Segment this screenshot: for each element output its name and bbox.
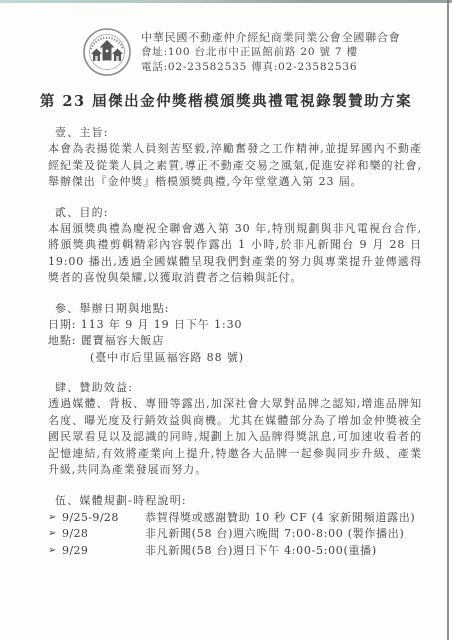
- media-item-date: 9/25-9/28: [62, 510, 145, 527]
- section-purpose-heading: 壹、主旨:: [48, 124, 422, 141]
- section-purpose: 壹、主旨: 本會為表揚從業人員刻苦堅毅,淬勵奮發之工作精神,並提昇國內不動產經紀…: [48, 124, 422, 191]
- scan-edge-right: [447, 0, 449, 640]
- document-page: 中華民國不動產仲介經紀商業同業公會全國聯合會 會址:100 台北市中正區館前路 …: [0, 0, 452, 640]
- org-contact-block: 中華民國不動產仲介經紀商業同業公會全國聯合會 會址:100 台北市中正區館前路 …: [141, 27, 401, 75]
- section-benefits-text: 透過媒體、背板、專冊等露出,加深社會大眾對品牌之認知,增進品牌知名度、曝光度及行…: [48, 396, 422, 479]
- media-schedule-item: ➢ 9/29 非凡新聞(58 台)週日下午 4:00-5:00(重播): [48, 543, 422, 560]
- arrow-bullet-icon: ➢: [48, 510, 62, 527]
- section-objective-heading: 貳、目的:: [48, 204, 422, 221]
- section-media-plan-heading: 伍、媒體規劃-時程說明:: [48, 492, 422, 509]
- event-date-line: 日期: 113 年 9 月 19 日下午 1:30: [48, 317, 422, 334]
- event-venue-line: 地點: 麗寶福容大飯店: [48, 333, 422, 350]
- media-item-date: 9/28: [62, 526, 145, 543]
- section-purpose-text: 本會為表揚從業人員刻苦堅毅,淬勵奮發之工作精神,並提昇國內不動產經紀業及從業人員…: [48, 141, 422, 191]
- section-objective-text: 本屆頒獎典禮為慶祝全聯會邁入第 30 年,特別規劃與非凡電視台合作,將頒獎典禮剪…: [48, 221, 422, 287]
- document-body: 壹、主旨: 本會為表揚從業人員刻苦堅毅,淬勵奮發之工作精神,並提昇國內不動產經紀…: [0, 124, 452, 559]
- org-phone: 電話:02-23582535 傳真:02-23582536: [141, 60, 401, 75]
- media-schedule-item: ➢ 9/25-9/28 恭賀得獎或感謝贊助 10 秒 CF (4 家新聞頻道露出…: [48, 510, 422, 527]
- document-header: 中華民國不動產仲介經紀商業同業公會全國聯合會 會址:100 台北市中正區館前路 …: [0, 0, 452, 77]
- section-event: 參、舉辦日期與地點: 日期: 113 年 9 月 19 日下午 1:30 地點:…: [48, 300, 422, 367]
- org-name: 中華民國不動產仲介經紀商業同業公會全國聯合會: [141, 30, 401, 45]
- section-media-plan: 伍、媒體規劃-時程說明: ➢ 9/25-9/28 恭賀得獎或感謝贊助 10 秒 …: [48, 492, 422, 560]
- media-item-desc: 非凡新聞(58 台)週日下午 4:00-5:00(重播): [145, 543, 422, 560]
- media-schedule-list: ➢ 9/25-9/28 恭賀得獎或感謝贊助 10 秒 CF (4 家新聞頻道露出…: [48, 510, 422, 560]
- association-seal-logo: [82, 27, 132, 77]
- media-schedule-item: ➢ 9/28 非凡新聞(58 台)週六晚間 7:00-8:00 (製作播出): [48, 526, 422, 543]
- section-benefits: 肆、贊助效益: 透過媒體、背板、專冊等露出,加深社會大眾對品牌之認知,增進品牌知…: [48, 379, 422, 479]
- arrow-bullet-icon: ➢: [48, 543, 62, 560]
- org-address: 會址:100 台北市中正區館前路 20 號 7 樓: [141, 45, 401, 60]
- section-objective: 貳、目的: 本屆頒獎典禮為慶祝全聯會邁入第 30 年,特別規劃與非凡電視台合作,…: [48, 204, 422, 287]
- event-venue-address: (臺中市后里區福容路 88 號): [48, 350, 422, 367]
- media-item-desc: 非凡新聞(58 台)週六晚間 7:00-8:00 (製作播出): [145, 526, 422, 543]
- media-item-desc: 恭賀得獎或感謝贊助 10 秒 CF (4 家新聞頻道露出): [145, 510, 422, 527]
- scan-edge-top: [0, 0, 452, 3]
- section-event-heading: 參、舉辦日期與地點:: [48, 300, 422, 317]
- page-title: 第 23 屆傑出金仲獎楷模頒獎典禮電視錄製贊助方案: [0, 90, 452, 111]
- section-benefits-heading: 肆、贊助效益:: [48, 379, 422, 396]
- arrow-bullet-icon: ➢: [48, 526, 62, 543]
- media-item-date: 9/29: [62, 543, 145, 560]
